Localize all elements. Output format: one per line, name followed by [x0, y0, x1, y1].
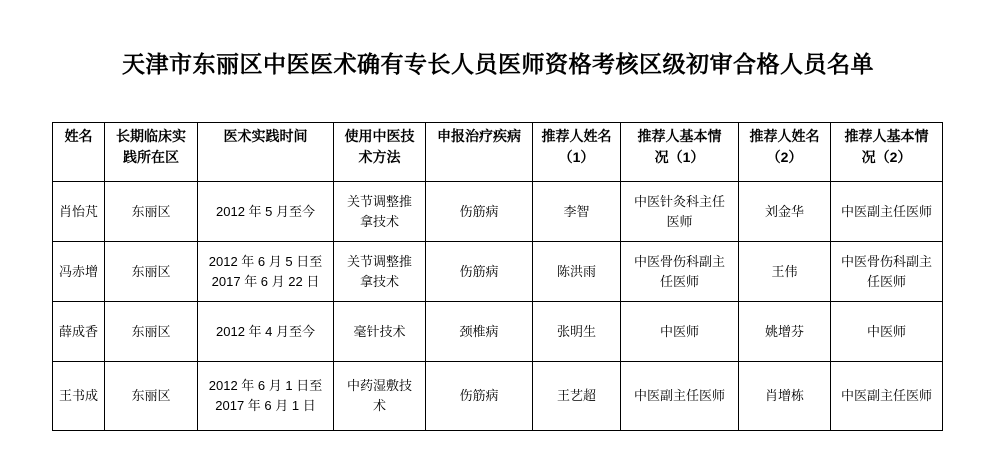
header-cell-practice-period: 医术实践时间	[198, 123, 334, 182]
table-header-row: 姓名 长期临床实 践所在区 医术实践时间 使用中医技 术方法 申报治疗疾病 推荐…	[53, 123, 943, 182]
cell-practice-period: 2012 年 4 月至今	[198, 302, 334, 362]
cell-disease: 伤筋病	[426, 362, 533, 431]
header-cell-referrer1-name: 推荐人姓名 （1）	[533, 123, 621, 182]
cell-referrer2-info: 中医副主任医师	[831, 362, 943, 431]
qualification-table: 姓名 长期临床实 践所在区 医术实践时间 使用中医技 术方法 申报治疗疾病 推荐…	[52, 122, 943, 431]
cell-practice-period: 2012 年 6 月 1 日至 2017 年 6 月 1 日	[198, 362, 334, 431]
table-row: 冯赤增 东丽区 2012 年 6 月 5 日至 2017 年 6 月 22 日 …	[53, 242, 943, 302]
cell-referrer1-name: 陈洪雨	[533, 242, 621, 302]
cell-referrer2-info: 中医骨伤科副主 任医师	[831, 242, 943, 302]
table-row: 肖怡芃 东丽区 2012 年 5 月至今 关节调整推 拿技术 伤筋病 李智 中医…	[53, 182, 943, 242]
cell-referrer1-info: 中医副主任医师	[621, 362, 739, 431]
header-cell-name: 姓名	[53, 123, 105, 182]
cell-district: 东丽区	[105, 362, 198, 431]
header-cell-referrer2-info: 推荐人基本情 况（2）	[831, 123, 943, 182]
document-title: 天津市东丽区中医医术确有专长人员医师资格考核区级初审合格人员名单	[0, 46, 996, 79]
document-page: 天津市东丽区中医医术确有专长人员医师资格考核区级初审合格人员名单 姓名 长期临床…	[0, 0, 996, 474]
cell-referrer1-name: 张明生	[533, 302, 621, 362]
cell-technique: 关节调整推 拿技术	[334, 242, 426, 302]
cell-referrer2-info: 中医师	[831, 302, 943, 362]
cell-referrer2-info: 中医副主任医师	[831, 182, 943, 242]
header-cell-referrer1-info: 推荐人基本情 况（1）	[621, 123, 739, 182]
cell-technique: 关节调整推 拿技术	[334, 182, 426, 242]
cell-referrer1-info: 中医针灸科主任 医师	[621, 182, 739, 242]
cell-name: 冯赤增	[53, 242, 105, 302]
cell-technique: 中药湿敷技 术	[334, 362, 426, 431]
cell-disease: 颈椎病	[426, 302, 533, 362]
table-row: 王书成 东丽区 2012 年 6 月 1 日至 2017 年 6 月 1 日 中…	[53, 362, 943, 431]
header-cell-disease: 申报治疗疾病	[426, 123, 533, 182]
table-row: 薛成香 东丽区 2012 年 4 月至今 毫针技术 颈椎病 张明生 中医师 姚增…	[53, 302, 943, 362]
cell-disease: 伤筋病	[426, 182, 533, 242]
cell-name: 薛成香	[53, 302, 105, 362]
cell-referrer2-name: 肖增栋	[739, 362, 831, 431]
cell-disease: 伤筋病	[426, 242, 533, 302]
cell-district: 东丽区	[105, 182, 198, 242]
cell-referrer1-info: 中医骨伤科副主 任医师	[621, 242, 739, 302]
header-cell-technique: 使用中医技 术方法	[334, 123, 426, 182]
cell-name: 王书成	[53, 362, 105, 431]
header-cell-referrer2-name: 推荐人姓名 （2）	[739, 123, 831, 182]
header-cell-district: 长期临床实 践所在区	[105, 123, 198, 182]
cell-referrer1-name: 李智	[533, 182, 621, 242]
cell-practice-period: 2012 年 5 月至今	[198, 182, 334, 242]
cell-referrer2-name: 姚增芬	[739, 302, 831, 362]
cell-practice-period: 2012 年 6 月 5 日至 2017 年 6 月 22 日	[198, 242, 334, 302]
cell-referrer2-name: 王伟	[739, 242, 831, 302]
cell-name: 肖怡芃	[53, 182, 105, 242]
cell-referrer2-name: 刘金华	[739, 182, 831, 242]
cell-referrer1-info: 中医师	[621, 302, 739, 362]
cell-district: 东丽区	[105, 242, 198, 302]
cell-referrer1-name: 王艺超	[533, 362, 621, 431]
cell-district: 东丽区	[105, 302, 198, 362]
cell-technique: 毫针技术	[334, 302, 426, 362]
